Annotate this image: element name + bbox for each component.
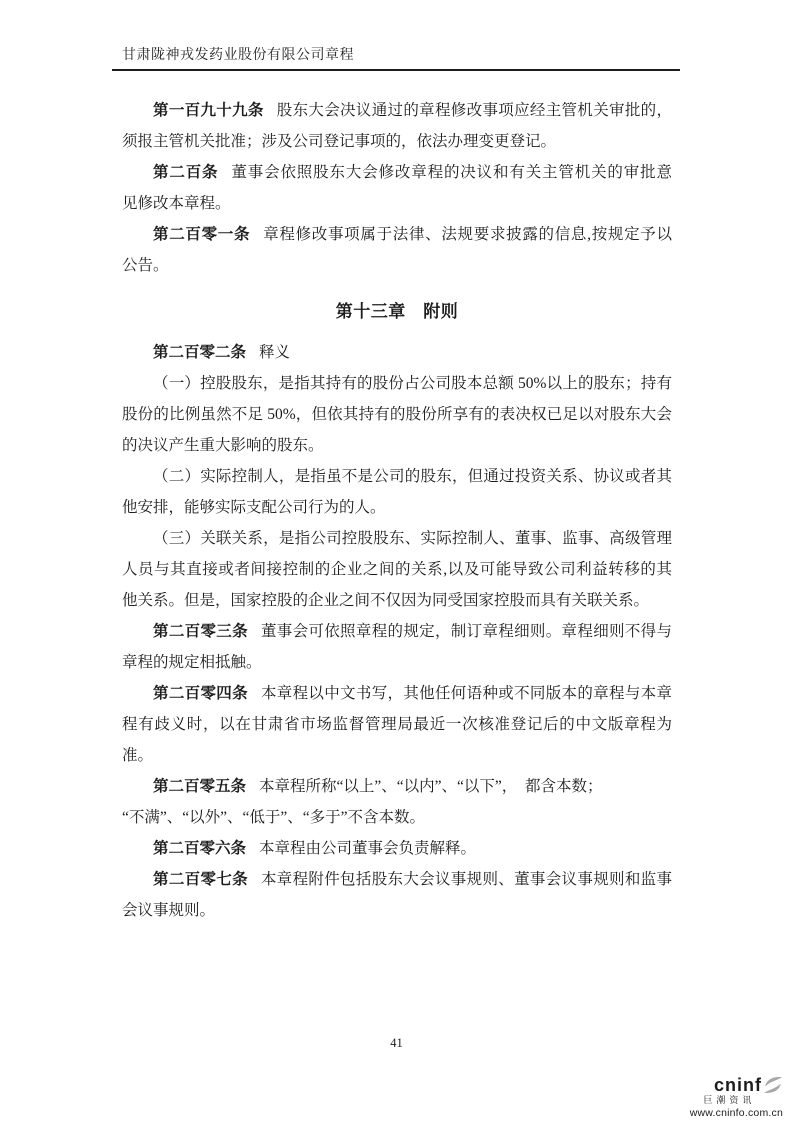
cninfo-brand-chinese: 巨潮资讯	[690, 1096, 769, 1105]
text-line: 他关系。但是，国家控股的企业之间不仅因为同受国家控股而具有关联关系。	[122, 585, 672, 616]
article-number: 第二百零二条	[153, 344, 246, 361]
text-line: 第二百零二条释义	[122, 337, 672, 368]
text-line: 第二百零一条章程修改事项属于法律、法规要求披露的信息,按规定予以	[122, 219, 672, 250]
text-line: 他安排，能够实际支配公司行为的人。	[122, 492, 672, 523]
article-text: 本章程由公司董事会负责解释。	[259, 840, 476, 857]
cninfo-logo-row: cninf	[690, 1076, 783, 1094]
text-line: 人员与其直接或者间接控制的企业之间的关系,以及可能导致公司利益转移的其	[122, 554, 672, 585]
text-line: 会议事规则。	[122, 895, 672, 926]
article-number: 第二百零六条	[153, 840, 246, 857]
article-number: 第二百零三条	[153, 623, 248, 640]
article-text: 本章程所称“以上”、“以内”、“以下”， 都含本数；	[259, 778, 603, 795]
text-line: 第一百九十九条股东大会决议通过的章程修改事项应经主管机关审批的，	[122, 95, 672, 126]
article-number: 第二百零一条	[153, 226, 250, 243]
article-text: 释义	[259, 344, 290, 361]
document-title: 甘肃陇神戎发药业股份有限公司章程	[122, 44, 680, 64]
text-line: 股份的比例虽然不足 50%，但依其持有的股份所享有的表决权已足以对股东大会	[122, 399, 672, 430]
text-line: 第二百零三条董事会可依照章程的规定，制订章程细则。章程细则不得与	[122, 616, 672, 647]
text-line: 第二百条董事会依照股东大会修改章程的决议和有关主管机关的审批意	[122, 157, 672, 188]
text-line: 第二百零七条本章程附件包括股东大会议事规则、董事会议事规则和监事	[122, 864, 672, 895]
article-number: 第二百零四条	[153, 685, 248, 702]
text-line: 的决议产生重大影响的股东。	[122, 430, 672, 461]
article-number: 第二百条	[153, 164, 218, 181]
text-line: 程有歧义时，以在甘肃省市场监督管理局最近一次核准登记后的中文版章程为	[122, 709, 672, 740]
text-line: 章程的规定相抵触。	[122, 647, 672, 678]
page-number: 41	[0, 1036, 793, 1051]
page-header: 甘肃陇神戎发药业股份有限公司章程	[112, 44, 680, 71]
article-text: 本章程附件包括股东大会议事规则、董事会议事规则和监事	[261, 871, 672, 888]
article-text: 章程修改事项属于法律、法规要求披露的信息,按规定予以	[263, 226, 672, 243]
chapter-heading: 第十三章 附则	[122, 296, 672, 327]
text-line: （二）实际控制人，是指虽不是公司的股东，但通过投资关系、协议或者其	[122, 461, 672, 492]
document-page: 甘肃陇神戎发药业股份有限公司章程 第一百九十九条股东大会决议通过的章程修改事项应…	[0, 0, 793, 1122]
text-line: “不满”、“以外”、“低于”、“多于”不含本数。	[122, 802, 672, 833]
text-line: 公告。	[122, 250, 672, 281]
cninfo-logo: cninf 巨潮资讯 www.cninfo.com.cn	[690, 1076, 783, 1119]
article-number: 第一百九十九条	[153, 102, 264, 119]
article-text: 董事会可依照章程的规定，制订章程细则。章程细则不得与	[261, 623, 672, 640]
text-line: 准。	[122, 740, 672, 771]
text-line: （一）控股股东，是指其持有的股份占公司股本总额 50%以上的股东；持有	[122, 368, 672, 399]
text-line: （三）关联关系，是指公司控股股东、实际控制人、董事、监事、高级管理	[122, 523, 672, 554]
article-number: 第二百零五条	[153, 778, 246, 795]
text-line: 须报主管机关批准；涉及公司登记事项的，依法办理变更登记。	[122, 126, 672, 157]
cninfo-url: www.cninfo.com.cn	[690, 1108, 783, 1119]
cninfo-swirl-icon	[763, 1076, 783, 1094]
text-line: 见修改本章程。	[122, 188, 672, 219]
text-line: 第二百零六条本章程由公司董事会负责解释。	[122, 833, 672, 864]
article-text: 股东大会决议通过的章程修改事项应经主管机关审批的，	[277, 102, 672, 119]
document-body: 第一百九十九条股东大会决议通过的章程修改事项应经主管机关审批的，须报主管机关批准…	[122, 95, 672, 926]
text-line: 第二百零五条本章程所称“以上”、“以内”、“以下”， 都含本数；	[122, 771, 672, 802]
cninfo-brand-name: cninf	[714, 1076, 762, 1094]
article-text: 本章程以中文书写，其他任何语种或不同版本的章程与本章	[261, 685, 672, 702]
text-line: 第二百零四条本章程以中文书写，其他任何语种或不同版本的章程与本章	[122, 678, 672, 709]
article-text: 董事会依照股东大会修改章程的决议和有关主管机关的审批意	[231, 164, 672, 181]
article-number: 第二百零七条	[153, 871, 248, 888]
